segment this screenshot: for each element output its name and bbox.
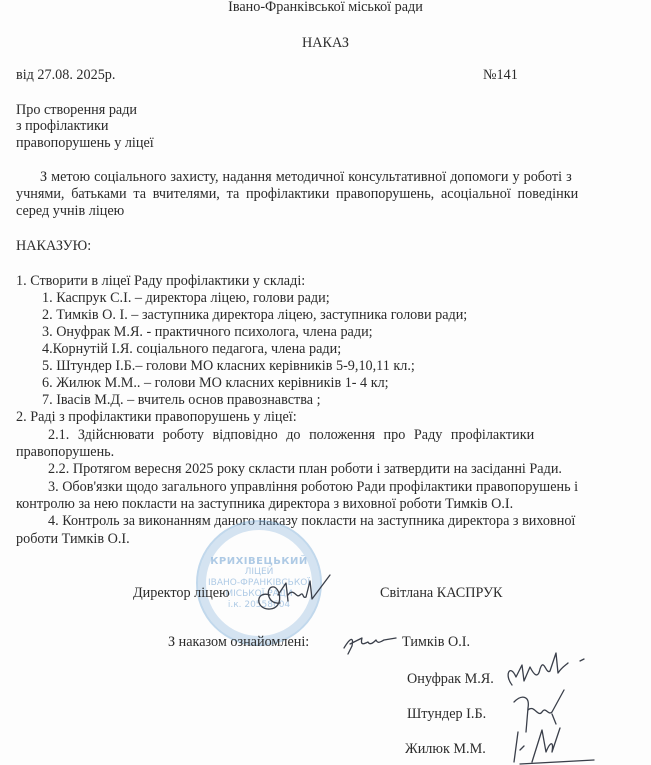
order-item-2-1-cont: правопорушень. <box>16 444 114 461</box>
order-item-4-cont: роботи Тимків О.І. <box>16 531 130 548</box>
order-item-2-1: 2.1. Здійснювати роботу відповідно до по… <box>48 427 534 444</box>
acknowledged-person: Жилюк М.М. <box>405 741 486 758</box>
order-item-3: 3. Обов'язки щодо загального управління … <box>48 479 578 496</box>
council-member: 3. Онуфрак М.Я. - практичного психолога,… <box>42 324 373 341</box>
council-member: 7. Івасів М.Д. – вчитель основ правознав… <box>42 392 321 409</box>
order-item-4: 4. Контроль за виконанням даного наказу … <box>48 513 575 530</box>
council-member: 6. Жилюк М.М.. – голови МО класних керів… <box>42 375 389 392</box>
acknowledged-person: Штундер І.Б. <box>407 706 486 723</box>
preamble-line: учнями, батьками та вчителями, та профіл… <box>16 186 578 203</box>
director-signature-icon <box>250 565 340 615</box>
preamble-line: З метою соціального захисту, надання мет… <box>40 169 572 186</box>
order-item-2: 2. Раді з профілактики правопорушень у л… <box>16 409 297 426</box>
preamble-line: серед учнів ліцею <box>16 203 124 220</box>
order-directive-heading: НАКАЗУЮ: <box>16 238 91 255</box>
signatory-name: Світлана КАСПРУК <box>380 585 503 602</box>
acknowledgement-label: З наказом ознайомлені: <box>168 634 309 651</box>
subject-line: Про створення ради <box>16 102 137 119</box>
order-item-2-2: 2.2. Протягом вересня 2025 року скласти … <box>48 461 562 478</box>
order-item-1: 1. Створити в ліцеї Раду профілактики у … <box>16 273 305 290</box>
order-item-3-cont: контролю за нею покласти на заступника д… <box>16 496 513 513</box>
order-number: №141 <box>483 67 518 84</box>
council-member: 2. Тимків О. І. – заступника директора л… <box>42 307 467 324</box>
document-type-title: НАКАЗ <box>0 35 651 52</box>
order-document: Івано-Франківської міської ради НАКАЗ ві… <box>0 0 651 765</box>
signature-timkiv-icon <box>340 628 400 658</box>
subject-line: правопорушень у ліцеї <box>16 135 154 152</box>
signature-onufrak-icon <box>500 645 600 690</box>
council-member: 1. Каспрук С.І. – директора ліцею, голов… <box>42 290 330 307</box>
council-member: 4.Корнутій І.Я. соціального педагога, чл… <box>42 341 341 358</box>
acknowledged-person: Онуфрак М.Я. <box>407 671 494 688</box>
acknowledged-person: Тимків О.І. <box>402 634 470 651</box>
signatory-role: Директор ліцею <box>133 585 230 602</box>
subject-line: з профілактики <box>16 118 108 135</box>
order-date: від 27.08. 2025р. <box>16 67 115 84</box>
council-member: 5. Штундер І.Б.– голови МО класних керів… <box>42 358 415 375</box>
signature-zhyliuk-icon <box>510 722 600 765</box>
organization-line: Івано-Франківської міської ради <box>0 0 651 16</box>
